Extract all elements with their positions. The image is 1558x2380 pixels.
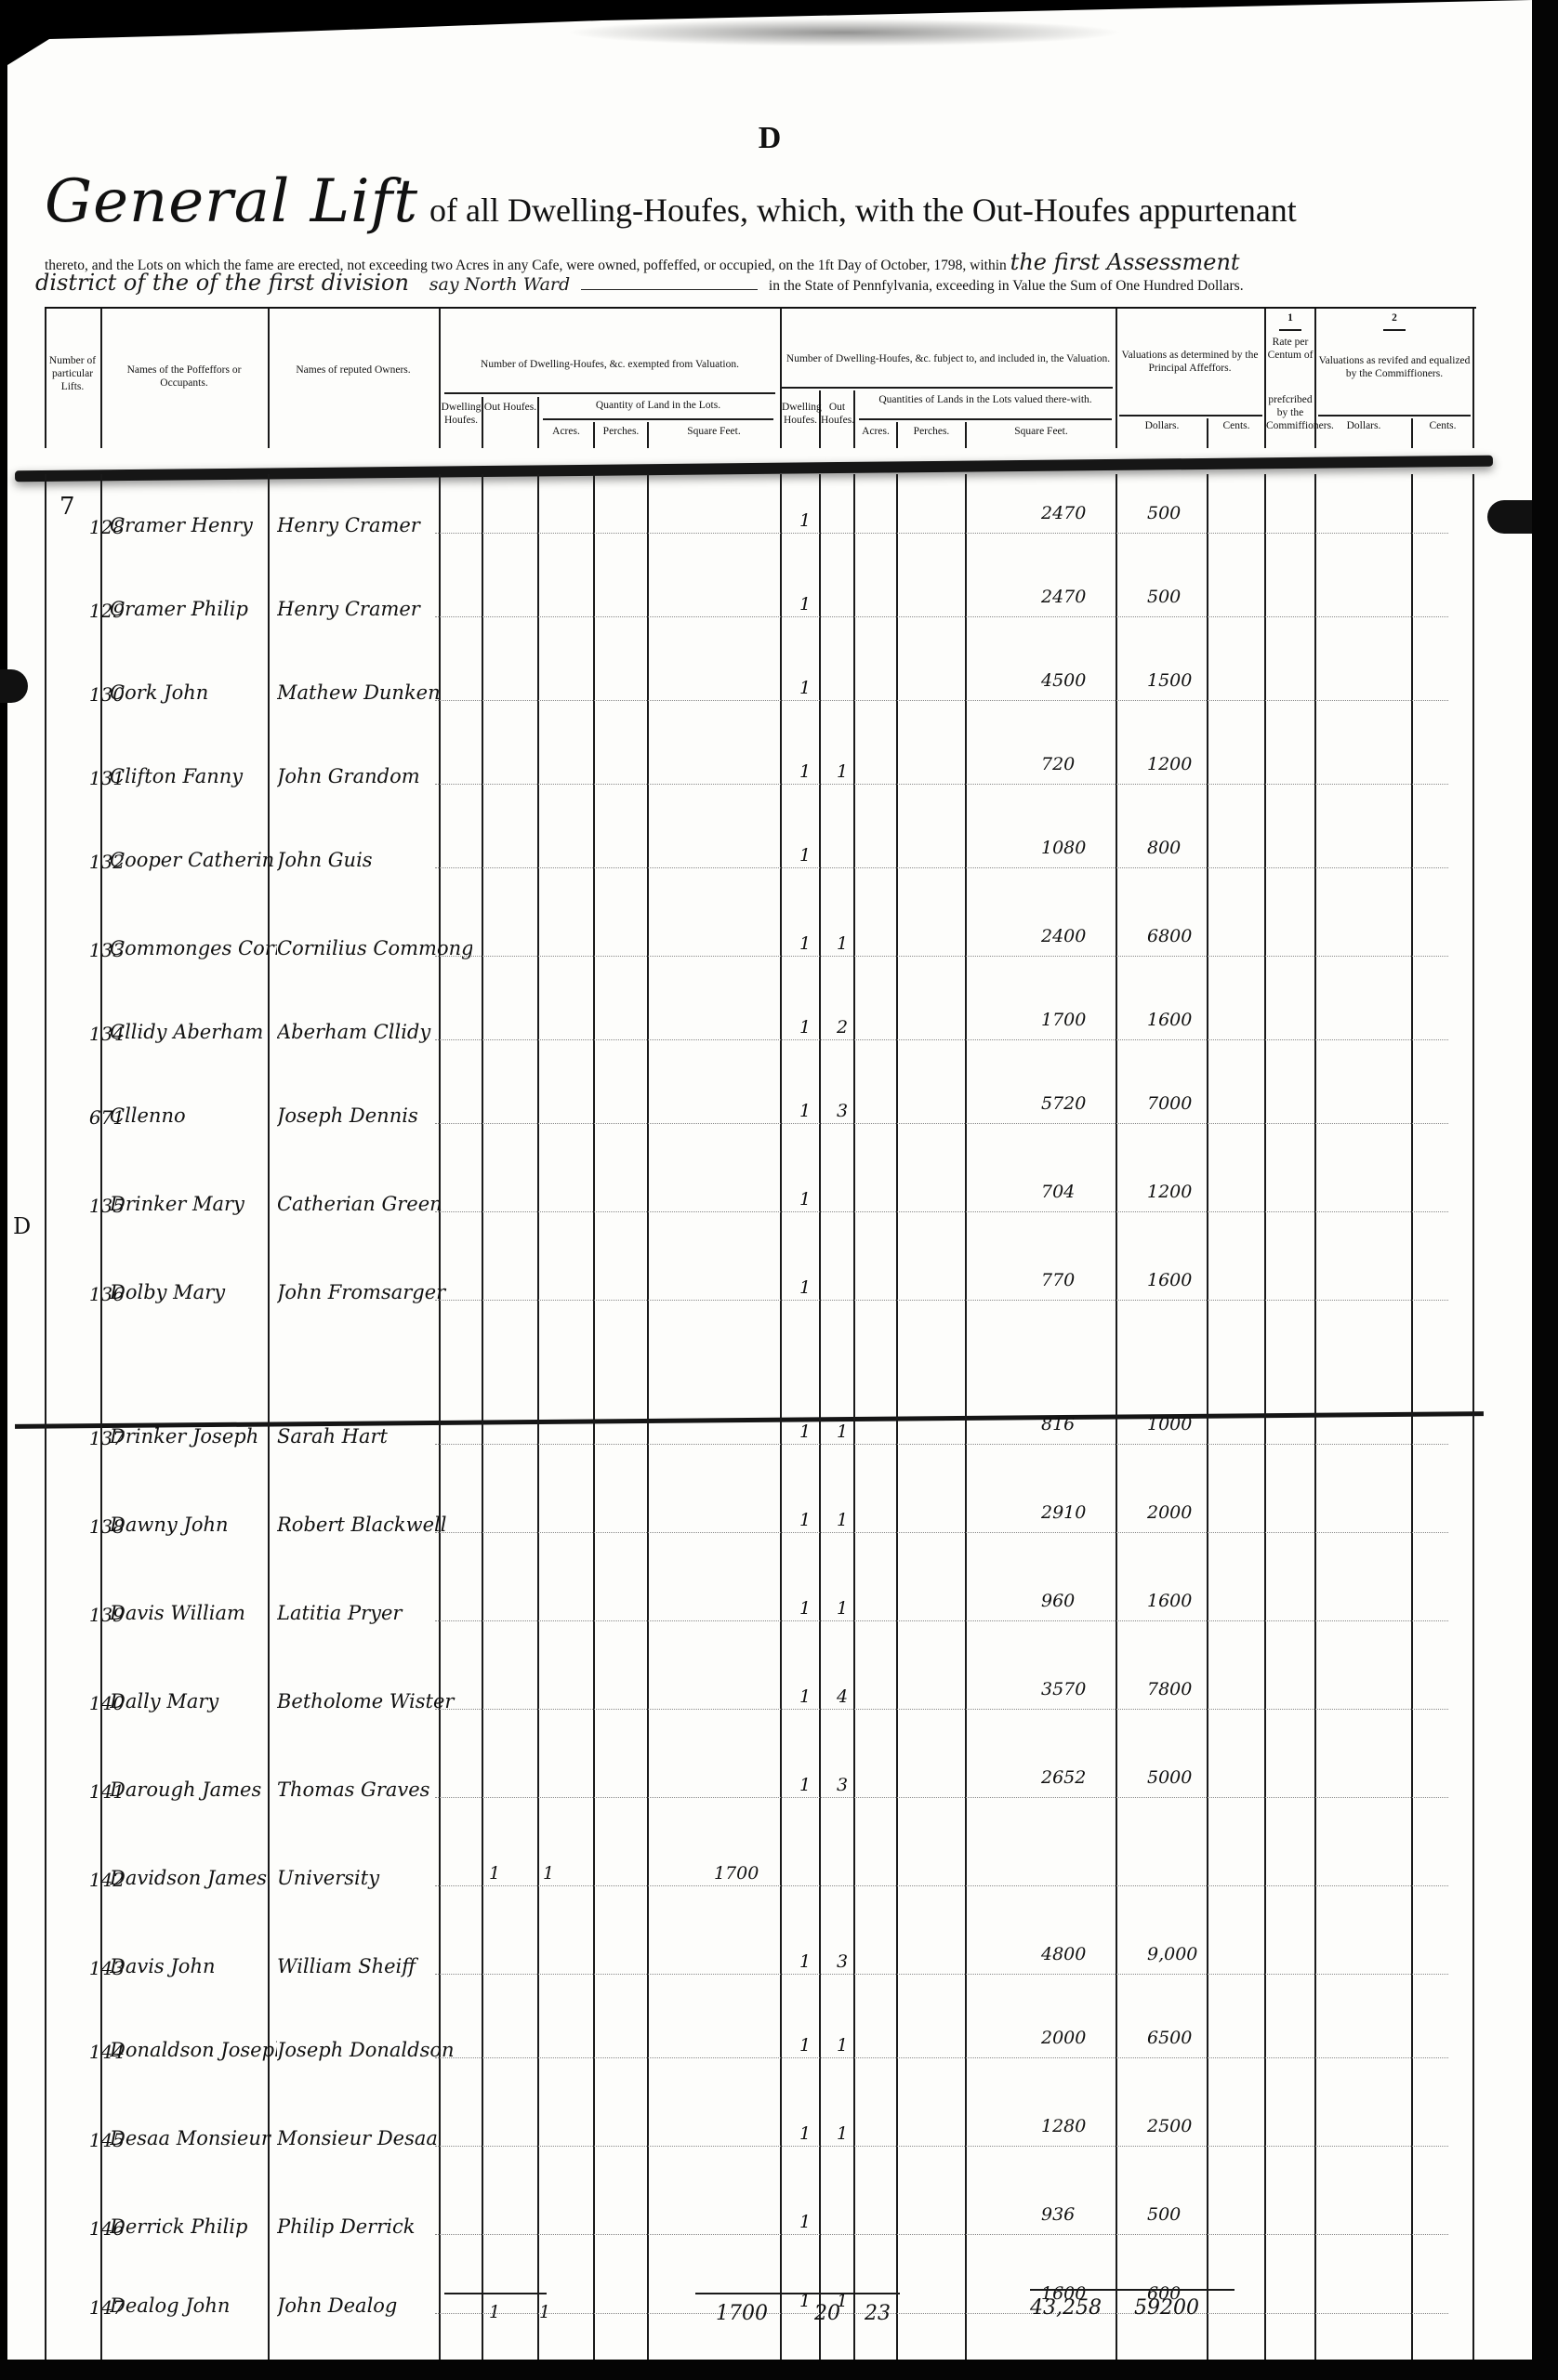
page-title: General Lift of all Dwelling-Houfes, whi… bbox=[45, 167, 1476, 236]
occupant-name: Dawny John bbox=[110, 1514, 277, 1536]
owner-name: John Fromsarger bbox=[277, 1281, 472, 1303]
out-house-count: 1 bbox=[837, 1421, 848, 1442]
header-subject-acres: Acres. bbox=[855, 426, 896, 439]
total-valuation: 59200 bbox=[1134, 2296, 1199, 2320]
header-exempt-land: Quantity of Land in the Lots. bbox=[539, 400, 777, 413]
dotted-leader bbox=[435, 2057, 1448, 2058]
total-exempt-sqft: 1700 bbox=[716, 2302, 768, 2325]
out-house-count: 3 bbox=[837, 1775, 848, 1795]
owner-name: Betholome Wister bbox=[277, 1690, 472, 1712]
out-house-count: 3 bbox=[837, 1101, 848, 1121]
dotted-leader bbox=[435, 867, 1448, 868]
subtitle-handwritten-2: district of the of the first division bbox=[35, 270, 409, 296]
valuation-dollars: 7000 bbox=[1147, 1093, 1192, 1114]
square-feet: 2652 bbox=[1041, 1767, 1086, 1788]
table-row: 128Cramer HenryHenry Cramer12470500 bbox=[45, 479, 1476, 562]
square-feet: 2000 bbox=[1041, 2028, 1086, 2048]
owner-name: Philip Derrick bbox=[277, 2215, 472, 2238]
owner-name: John Dealog bbox=[277, 2294, 472, 2317]
occupant-name: Clifton Fanny bbox=[110, 765, 277, 787]
dotted-leader bbox=[435, 784, 1448, 785]
square-feet: 816 bbox=[1041, 1414, 1075, 1435]
header-subject-out: Out Houfes. bbox=[821, 402, 853, 428]
out-house-count: 1 bbox=[837, 1598, 848, 1619]
dwelling-count: 1 bbox=[799, 845, 811, 866]
square-feet: 770 bbox=[1041, 1270, 1075, 1290]
square-feet: 4800 bbox=[1041, 1944, 1086, 1964]
table-row: 143Davis JohnWilliam Sheiff1348009,000 bbox=[45, 1920, 1476, 2003]
dotted-leader bbox=[435, 533, 1448, 534]
occupant-name: Cramer Philip bbox=[110, 598, 277, 620]
square-feet: 960 bbox=[1041, 1591, 1075, 1611]
total-exempt-dwelling: 1 bbox=[489, 2302, 500, 2322]
owner-name: John Grandom bbox=[277, 765, 472, 787]
square-feet: 4500 bbox=[1041, 670, 1086, 691]
header-subject-sqft: Square Feet. bbox=[967, 426, 1116, 439]
header-valuation-dollars: Dollars. bbox=[1117, 420, 1207, 433]
subtitle-handwritten-2b: say North Ward bbox=[429, 274, 570, 295]
valuation-dollars: 9,000 bbox=[1147, 1944, 1197, 1964]
dwelling-count: 1 bbox=[799, 594, 811, 615]
table-row: 138Dawny JohnRobert Blackwell1129102000 bbox=[45, 1478, 1476, 1562]
dotted-leader bbox=[435, 1620, 1448, 1621]
occupant-name: Davis John bbox=[110, 1955, 277, 1977]
owner-name: Aberham Cllidy bbox=[277, 1021, 472, 1043]
total-exempt-out: 1 bbox=[539, 2302, 550, 2322]
header-subject-group: Number of Dwelling-Houfes, &c. fubject t… bbox=[782, 353, 1115, 366]
occupant-name: Cllenno bbox=[110, 1104, 277, 1127]
valuation-dollars: 500 bbox=[1147, 503, 1181, 523]
valuation-dollars: 1600 bbox=[1147, 1591, 1192, 1611]
header-occupants: Names of the Poffeffors or Occupants. bbox=[102, 364, 266, 390]
valuation-dollars: 1200 bbox=[1147, 754, 1192, 774]
owner-name: Thomas Graves bbox=[277, 1778, 472, 1801]
table-row: 130Cork JohnMathew Dunken145001500 bbox=[45, 646, 1476, 730]
square-feet: 2470 bbox=[1041, 503, 1086, 523]
square-feet: 3570 bbox=[1041, 1679, 1086, 1699]
dwelling-count: 1 bbox=[799, 1510, 811, 1530]
header-owners: Names of reputed Owners. bbox=[270, 364, 437, 377]
table-row: 137Drinker JosephSarah Hart118161000 bbox=[45, 1390, 1476, 1474]
valuation-dollars: 6800 bbox=[1147, 926, 1192, 946]
dotted-leader bbox=[435, 1885, 1448, 1886]
margin-letter: D bbox=[13, 1213, 31, 1239]
owner-name: Monsieur Desaa bbox=[277, 2127, 472, 2149]
dwelling-count: 1 bbox=[799, 1101, 811, 1121]
dwelling-count: 1 bbox=[799, 1277, 811, 1298]
dwelling-count: 1 bbox=[799, 933, 811, 954]
valuation-dollars: 7800 bbox=[1147, 1679, 1192, 1699]
valuation-dollars: 1000 bbox=[1147, 1414, 1192, 1435]
table-row: 134Cllidy AberhamAberham Cllidy121700160… bbox=[45, 985, 1476, 1069]
dwelling-count: 1 bbox=[799, 1421, 811, 1442]
total-sqft: 43,258 bbox=[1030, 2296, 1102, 2320]
valuation-dollars: 6500 bbox=[1147, 2028, 1192, 2048]
square-feet: 720 bbox=[1041, 754, 1075, 774]
out-house-count: 3 bbox=[837, 1951, 848, 1972]
dotted-leader bbox=[435, 2234, 1448, 2235]
table-row: 146Derrick PhilipPhilip Derrick1936500 bbox=[45, 2180, 1476, 2264]
header-number: Number of particular Lifts. bbox=[46, 355, 99, 393]
dwelling-count: 1 bbox=[799, 678, 811, 698]
owner-name: Henry Cramer bbox=[277, 514, 472, 536]
table-row: 139Davis WilliamLatitia Pryer119601600 bbox=[45, 1567, 1476, 1650]
header-exempt-dwelling: Dwelling Houfes. bbox=[441, 402, 482, 428]
exempt-dwelling: 1 bbox=[489, 1863, 500, 1884]
dotted-leader bbox=[435, 1123, 1448, 1124]
table-row: 142Davidson JamesUniversity111700 bbox=[45, 1831, 1476, 1915]
dwelling-count: 1 bbox=[799, 1951, 811, 1972]
square-feet: 1080 bbox=[1041, 838, 1086, 858]
header-exempt-group: Number of Dwelling-Houfes, &c. exempted … bbox=[441, 359, 779, 372]
owner-name: William Sheiff bbox=[277, 1955, 472, 1977]
out-house-count: 1 bbox=[837, 761, 848, 782]
occupant-name: Davidson James bbox=[110, 1867, 277, 1889]
table-row: 131Clifton FannyJohn Grandom117201200 bbox=[45, 730, 1476, 813]
owner-name: Mathew Dunken bbox=[277, 681, 472, 704]
owner-name: Catherian Green bbox=[277, 1193, 472, 1215]
table-row: 133Commonges CornalesCornilius Commonges… bbox=[45, 902, 1476, 985]
out-house-count: 2 bbox=[837, 1017, 848, 1038]
square-feet: 1280 bbox=[1041, 2116, 1086, 2136]
subtitle-printed-2: in the State of Pennfylvania, exceeding … bbox=[769, 278, 1244, 294]
occupant-name: Cllidy Aberham bbox=[110, 1021, 277, 1043]
title-script: General Lift bbox=[45, 167, 418, 236]
table-row: 145Desaa MonsieurMonsieur Desaa111280250… bbox=[45, 2092, 1476, 2175]
dwelling-count: 1 bbox=[799, 1686, 811, 1707]
header-rate-top: Rate per Centum of bbox=[1266, 337, 1314, 363]
occupant-name: Desaa Monsieur bbox=[110, 2127, 277, 2149]
square-feet: 5720 bbox=[1041, 1093, 1086, 1114]
table-row: 140Dally MaryBetholome Wister1435707800 bbox=[45, 1655, 1476, 1739]
owner-name: Sarah Hart bbox=[277, 1425, 472, 1448]
dotted-leader bbox=[435, 616, 1448, 617]
valuation-dollars: 800 bbox=[1147, 838, 1181, 858]
header-revised-dollars: Dollars. bbox=[1316, 420, 1411, 433]
owner-name: Joseph Donaldson bbox=[277, 2039, 472, 2061]
header-valuation-cents: Cents. bbox=[1208, 420, 1264, 433]
dotted-leader bbox=[435, 1797, 1448, 1798]
owner-name: John Guis bbox=[277, 849, 472, 871]
blank-line bbox=[581, 289, 758, 290]
out-house-count: 1 bbox=[837, 2035, 848, 2056]
scan-edge-bottom bbox=[0, 2360, 1558, 2380]
occupant-name: Dolby Mary bbox=[110, 1281, 277, 1303]
table-row: 136Dolby MaryJohn Fromsarger17701600 bbox=[45, 1246, 1476, 1329]
dwelling-count: 1 bbox=[799, 1775, 811, 1795]
occupant-name: Derrick Philip bbox=[110, 2215, 277, 2238]
square-feet: 936 bbox=[1041, 2204, 1075, 2225]
out-house-count: 4 bbox=[837, 1686, 848, 1707]
dwelling-count: 1 bbox=[799, 1017, 811, 1038]
dotted-leader bbox=[435, 1211, 1448, 1212]
header-rate-bottom: prefcribed by the Commiffioners. bbox=[1266, 394, 1314, 432]
table-row: 135Drinker MaryCatherian Green17041200 bbox=[45, 1157, 1476, 1241]
header-valuation-group: Valuations as determined by the Principa… bbox=[1117, 350, 1262, 376]
owner-name: Robert Blackwell bbox=[277, 1514, 472, 1536]
ledger-page: D General Lift of all Dwelling-Houfes, w… bbox=[7, 0, 1532, 2369]
table-row: 141Darough JamesThomas Graves1326525000 bbox=[45, 1743, 1476, 1827]
occupant-name: Donaldson Joseph bbox=[110, 2039, 277, 2061]
header-revised-cents: Cents. bbox=[1413, 420, 1472, 433]
subtitle-line-2: district of the of the first division sa… bbox=[35, 270, 1244, 296]
header-subject-land: Quantities of Lands in the Lots valued t… bbox=[855, 394, 1116, 407]
out-house-count: 1 bbox=[837, 1510, 848, 1530]
valuation-dollars: 2000 bbox=[1147, 1502, 1192, 1523]
owner-name: Cornilius Commonges bbox=[277, 937, 472, 959]
out-house-count: 1 bbox=[837, 933, 848, 954]
scan-edge-right bbox=[1532, 0, 1558, 2380]
dwelling-count: 1 bbox=[799, 510, 811, 531]
dotted-leader bbox=[435, 1300, 1448, 1301]
table-row: 129Cramer PhilipHenry Cramer12470500 bbox=[45, 562, 1476, 646]
header-exempt-perches: Perches. bbox=[595, 426, 647, 439]
owner-name: University bbox=[277, 1867, 472, 1889]
exempt-sqft: 1700 bbox=[714, 1863, 759, 1884]
header-rate-number: 1 bbox=[1266, 312, 1314, 325]
valuation-dollars: 1200 bbox=[1147, 1182, 1192, 1202]
dotted-leader bbox=[435, 1444, 1448, 1445]
header-subject-dwelling: Dwelling Houfes. bbox=[782, 402, 819, 428]
dwelling-count: 1 bbox=[799, 2123, 811, 2144]
dotted-leader bbox=[435, 2146, 1448, 2147]
title-rest: of all Dwelling-Houfes, which, with the … bbox=[429, 192, 1297, 229]
header-exempt-out: Out Houfes. bbox=[483, 402, 537, 415]
dotted-leader bbox=[435, 1532, 1448, 1533]
header-revised-group: Valuations as revifed and equalized by t… bbox=[1316, 355, 1472, 381]
header-exempt-sqft: Square Feet. bbox=[649, 426, 779, 439]
exempt-out: 1 bbox=[543, 1863, 554, 1884]
table-row: 147Dealog JohnJohn Dealog111600600 bbox=[45, 2259, 1476, 2343]
out-house-count: 1 bbox=[837, 2123, 848, 2144]
occupant-name: Commonges Cornales bbox=[110, 937, 277, 959]
column-header: Number of particular Lifts. Names of the… bbox=[45, 307, 1476, 448]
square-feet: 2470 bbox=[1041, 587, 1086, 607]
header-subject-perches: Perches. bbox=[898, 426, 965, 439]
dotted-leader bbox=[435, 1709, 1448, 1710]
valuation-dollars: 500 bbox=[1147, 587, 1181, 607]
valuation-dollars: 500 bbox=[1147, 2204, 1181, 2225]
valuation-dollars: 1600 bbox=[1147, 1270, 1192, 1290]
total-dwelling: 20 bbox=[814, 2302, 840, 2325]
square-feet: 2910 bbox=[1041, 1502, 1086, 1523]
occupant-name: Dealog John bbox=[110, 2294, 277, 2317]
table-row: 671CllennoJoseph Dennis1357207000 bbox=[45, 1069, 1476, 1153]
occupant-name: Cork John bbox=[110, 681, 277, 704]
owner-name: Latitia Pryer bbox=[277, 1602, 472, 1624]
header-exempt-acres: Acres. bbox=[539, 426, 593, 439]
dotted-leader bbox=[435, 2313, 1448, 2314]
dwelling-count: 1 bbox=[799, 2035, 811, 2056]
occupant-name: Drinker Joseph bbox=[110, 1425, 277, 1448]
square-feet: 1700 bbox=[1041, 1010, 1086, 1030]
table-row: 132Cooper CatherinJohn Guis11080800 bbox=[45, 813, 1476, 897]
dotted-leader bbox=[435, 700, 1448, 701]
dotted-leader bbox=[435, 1974, 1448, 1975]
square-feet: 704 bbox=[1041, 1182, 1075, 1202]
occupant-name: Dally Mary bbox=[110, 1690, 277, 1712]
dwelling-count: 1 bbox=[799, 761, 811, 782]
dotted-leader bbox=[435, 1039, 1448, 1040]
occupant-name: Darough James bbox=[110, 1778, 277, 1801]
valuation-dollars: 1600 bbox=[1147, 1010, 1192, 1030]
valuation-dollars: 5000 bbox=[1147, 1767, 1192, 1788]
dwelling-count: 1 bbox=[799, 1189, 811, 1210]
dotted-leader bbox=[435, 956, 1448, 957]
dwelling-count: 1 bbox=[799, 1598, 811, 1619]
occupant-name: Cramer Henry bbox=[110, 514, 277, 536]
dwelling-count: 1 bbox=[799, 2212, 811, 2232]
owner-name: Henry Cramer bbox=[277, 598, 472, 620]
header-revised-number: 2 bbox=[1316, 312, 1472, 325]
square-feet: 2400 bbox=[1041, 926, 1086, 946]
scan-shadow bbox=[565, 19, 1123, 46]
valuation-dollars: 2500 bbox=[1147, 2116, 1192, 2136]
page-letter: D bbox=[7, 121, 1532, 156]
table-row: 144Donaldson JosephJoseph Donaldson11200… bbox=[45, 2003, 1476, 2087]
valuation-dollars: 1500 bbox=[1147, 670, 1192, 691]
occupant-name: Cooper Catherin bbox=[110, 849, 277, 871]
occupant-name: Davis William bbox=[110, 1602, 277, 1624]
owner-name: Joseph Dennis bbox=[277, 1104, 472, 1127]
total-out: 23 bbox=[865, 2302, 891, 2325]
occupant-name: Drinker Mary bbox=[110, 1193, 277, 1215]
